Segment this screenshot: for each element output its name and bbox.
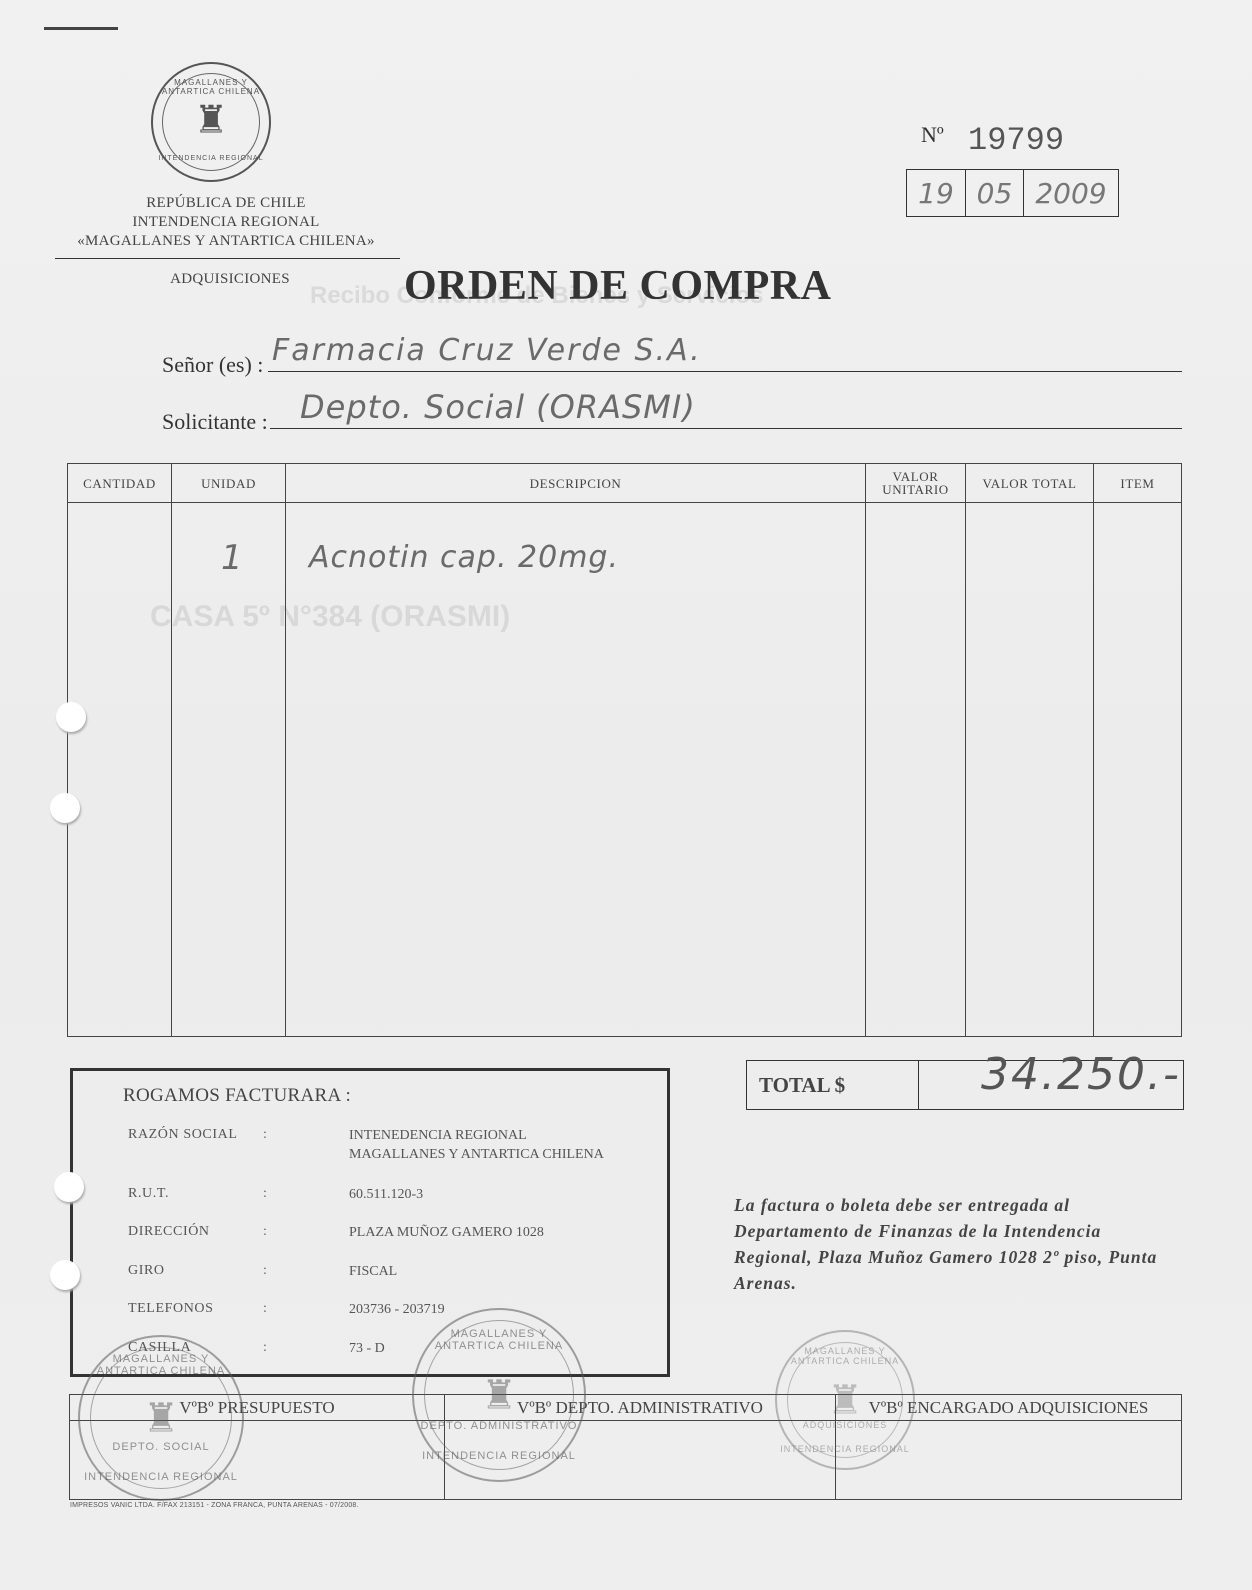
- stamp-dept-text: DEPTO. ADMINISTRATIVO: [414, 1420, 584, 1432]
- stamp-depto-administrativo: MAGALLANES Y ANTARTICA CHILENA ♜ DEPTO. …: [412, 1308, 586, 1482]
- date-day: 19: [907, 170, 966, 216]
- billing-value-casilla: 73 - D: [349, 1339, 385, 1358]
- page-title: ORDEN DE COMPRA: [404, 262, 831, 310]
- solicitante-value: Depto. Social (ORASMI): [300, 388, 696, 426]
- billing-label-giro: GIRO: [128, 1263, 165, 1279]
- cell-item: [1094, 503, 1182, 1037]
- header-divider: [55, 258, 400, 259]
- billing-label-direccion: DIRECCIÓN: [128, 1224, 210, 1240]
- senor-label: Señor (es) :: [162, 352, 263, 378]
- billing-label-razon-social: RAZÓN SOCIAL: [128, 1127, 237, 1143]
- billing-label-rut: R.U.T.: [128, 1186, 169, 1202]
- regional-seal: MAGALLANES Y ANTARTICA CHILENA ♜ INTENDE…: [151, 62, 271, 182]
- items-header-row: CANTIDAD UNIDAD DESCRIPCION VALOR UNITAR…: [68, 464, 1182, 503]
- razon-social-line-1: INTENEDENCIA REGIONAL: [349, 1126, 604, 1145]
- stamp-figure-icon: ♜: [827, 1377, 863, 1424]
- total-value-cell: 34.250.-: [919, 1061, 1183, 1109]
- stamp-figure-icon: ♜: [481, 1372, 517, 1419]
- stamp-ring-text: MAGALLANES Y ANTARTICA CHILENA: [777, 1346, 913, 1366]
- stamp-ring-text: MAGALLANES Y ANTARTICA CHILENA: [80, 1353, 242, 1377]
- total-box: TOTAL $ 34.250.-: [746, 1060, 1184, 1110]
- cell-descripcion: Acnotin cap. 20mg.: [286, 503, 866, 1037]
- order-number-label: Nº: [921, 122, 944, 148]
- stamp-bottom-text: INTENDENCIA REGIONAL: [414, 1450, 584, 1462]
- seal-text-bottom: INTENDENCIA REGIONAL: [153, 155, 269, 162]
- billing-heading: ROGAMOS FACTURARA :: [123, 1085, 351, 1107]
- seal-text-top: MAGALLANES Y ANTARTICA CHILENA: [153, 78, 269, 96]
- stamp-dept-text: DEPTO. SOCIAL: [80, 1441, 242, 1453]
- date-year: 2009: [1024, 170, 1118, 216]
- department-label: ADQUISICIONES: [130, 270, 330, 289]
- billing-value-rut: 60.511.120-3: [349, 1185, 423, 1204]
- order-number: 19799: [968, 122, 1064, 159]
- org-line-1: REPÚBLICA DE CHILE: [56, 194, 396, 213]
- unidad-value: 1: [221, 538, 284, 578]
- cell-valor-total: [966, 503, 1094, 1037]
- col-item: ITEM: [1094, 464, 1182, 503]
- punch-hole: [50, 1260, 80, 1290]
- stamp-bottom-text: INTENDENCIA REGIONAL: [80, 1471, 242, 1483]
- senor-underline: [268, 371, 1182, 372]
- razon-social-line-2: MAGALLANES Y ANTARTICA CHILENA: [349, 1145, 604, 1164]
- cell-unidad: 1: [172, 503, 286, 1037]
- purchase-order-page: Recibo Conforme de Bienes y Servicios CA…: [0, 0, 1252, 1590]
- total-value: 34.250.-: [981, 1049, 1181, 1100]
- date-month: 05: [966, 170, 1024, 216]
- col-descripcion: DESCRIPCION: [286, 464, 866, 503]
- stamp-dept-text: ADQUISICIONES: [777, 1420, 913, 1430]
- solicitante-underline: [270, 428, 1182, 429]
- stamp-adquisiciones: MAGALLANES Y ANTARTICA CHILENA ♜ ADQUISI…: [775, 1330, 915, 1470]
- punch-hole: [56, 702, 86, 732]
- col-valor-unitario: VALOR UNITARIO: [866, 464, 966, 503]
- cell-valor-unitario: [866, 503, 966, 1037]
- stamp-depto-social: MAGALLANES Y ANTARTICA CHILENA ♜ DEPTO. …: [78, 1335, 244, 1501]
- org-header: REPÚBLICA DE CHILE INTENDENCIA REGIONAL …: [56, 194, 396, 251]
- descripcion-value: Acnotin cap. 20mg.: [309, 540, 864, 575]
- col-unidad: UNIDAD: [172, 464, 286, 503]
- stamp-figure-icon: ♜: [143, 1395, 179, 1442]
- punch-hole: [50, 793, 80, 823]
- punch-hole: [54, 1172, 84, 1202]
- printer-footer: IMPRESOS VANIC LTDA. F/FAX 213151 - ZONA…: [70, 1502, 359, 1509]
- billing-value-giro: FISCAL: [349, 1262, 397, 1281]
- billing-value-razon-social: INTENEDENCIA REGIONAL MAGALLANES Y ANTAR…: [349, 1126, 604, 1164]
- billing-label-telefonos: TELEFONOS: [128, 1301, 214, 1317]
- cell-cantidad: [68, 503, 172, 1037]
- solicitante-label: Solicitante :: [162, 409, 268, 435]
- billing-value-telefonos: 203736 - 203719: [349, 1300, 445, 1319]
- stamp-ring-text: MAGALLANES Y ANTARTICA CHILENA: [414, 1328, 584, 1352]
- scan-mark: [44, 27, 118, 30]
- stamp-bottom-text: INTENDENCIA REGIONAL: [777, 1444, 913, 1454]
- table-row: 1 Acnotin cap. 20mg.: [68, 503, 1182, 1037]
- items-table: CANTIDAD UNIDAD DESCRIPCION VALOR UNITAR…: [67, 463, 1182, 1037]
- date-box: 19 05 2009: [906, 169, 1119, 217]
- col-cantidad: CANTIDAD: [68, 464, 172, 503]
- seal-figure-icon: ♜: [194, 97, 228, 142]
- total-label: TOTAL $: [747, 1061, 919, 1109]
- org-line-3: «MAGALLANES Y ANTARTICA CHILENA»: [56, 232, 396, 251]
- org-line-2: INTENDENCIA REGIONAL: [56, 213, 396, 232]
- col-valor-total: VALOR TOTAL: [966, 464, 1094, 503]
- billing-value-direccion: PLAZA MUÑOZ GAMERO 1028: [349, 1223, 544, 1242]
- delivery-note: La factura o boleta debe ser entregada a…: [734, 1192, 1174, 1296]
- senor-value: Farmacia Cruz Verde S.A.: [272, 333, 702, 368]
